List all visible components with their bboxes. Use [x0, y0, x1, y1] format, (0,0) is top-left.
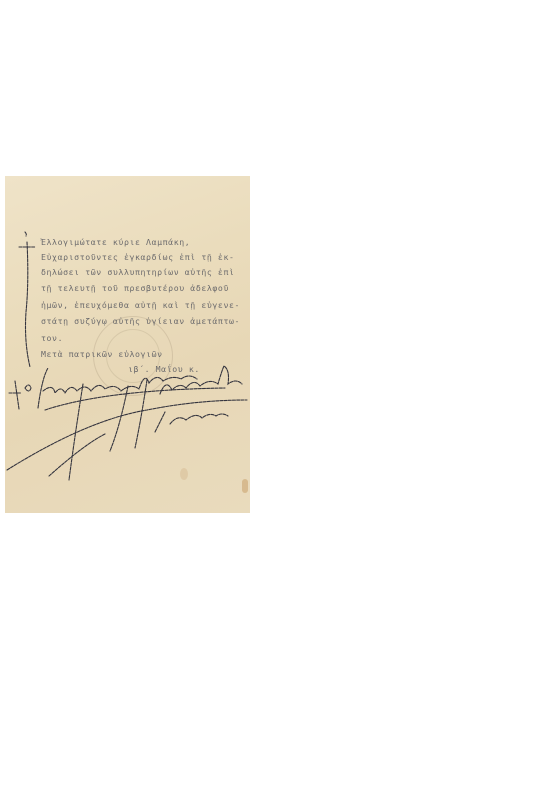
letter-paper: Ἐλλογιμώτατε κύριε Λαμπάκη, Εὐχαριστοῦντ…	[5, 176, 250, 513]
handwritten-signature	[5, 176, 250, 513]
